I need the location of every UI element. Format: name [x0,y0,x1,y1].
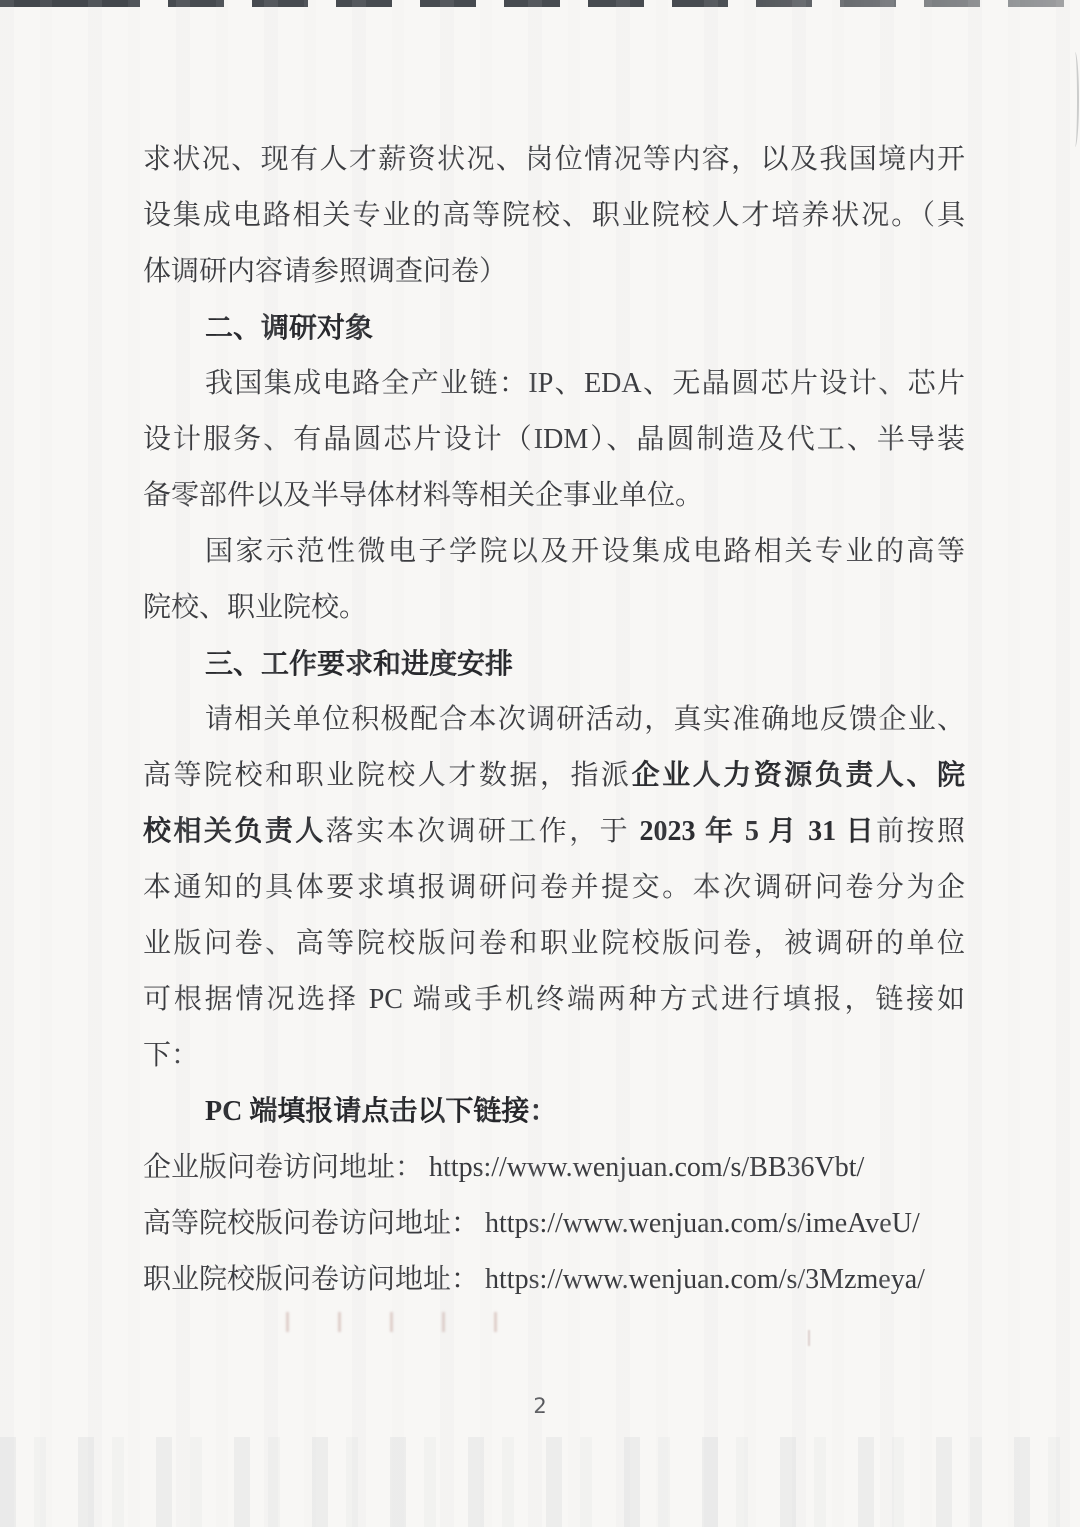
body-line: 院校、职业院校。 [143,580,965,636]
body-line: 体调研内容请参照调查问卷） [143,244,965,300]
link-label: 职业院校版问卷访问地址： [143,1264,479,1295]
body-line: 备零部件以及半导体材料等相关企事业单位。 [143,468,965,524]
section-3-heading: 三、工作要求和进度安排 [143,636,965,692]
link-label: 企业版问卷访问地址： [143,1152,423,1183]
link-line-university: 高等院校版问卷访问地址：https://www.wenjuan.com/s/im… [143,1196,965,1252]
body-line: 本通知的具体要求填报调研问卷并提交。本次调研问卷分为企 [143,860,965,916]
body-line: 高等院校和职业院校人才数据，指派企业人力资源负责人、院 [143,748,965,804]
body-line: 可根据情况选择 PC 端或手机终端两种方式进行填报，链接如 [143,972,965,1028]
body-line: 下： [143,1028,965,1084]
link-label: 高等院校版问卷访问地址： [143,1208,479,1239]
scan-right-edge-artifact [1071,52,1079,147]
body-text: 高等院校和职业院校人才数据，指派 [143,760,632,791]
link-line-enterprise: 企业版问卷访问地址：https://www.wenjuan.com/s/BB36… [143,1140,965,1196]
link-line-vocational: 职业院校版问卷访问地址：https://www.wenjuan.com/s/3M… [143,1252,965,1308]
links-heading: PC 端填报请点击以下链接： [143,1084,965,1140]
bold-text: 企业人力资源负责人、院 [632,760,965,791]
body-line: 设计服务、有晶圆芯片设计（IDM）、晶圆制造及代工、半导装 [143,412,965,468]
body-line: 我国集成电路全产业链：IP、EDA、无晶圆芯片设计、芯片 [143,356,965,412]
body-text: 落实本次调研工作，于 [326,816,640,847]
body-line: 业版问卷、高等院校版问卷和职业院校版问卷，被调研的单位 [143,916,965,972]
document-body: 求状况、现有人才薪资状况、岗位情况等内容，以及我国境内开 设集成电路相关专业的高… [143,132,965,1308]
scan-top-edge-artifact [0,0,1080,7]
bleed-through-artifact [286,1312,516,1332]
deadline-date: 2023 年 5 月 31 日 [640,816,877,847]
bleed-through-artifact [808,1330,810,1346]
body-line: 请相关单位积极配合本次调研活动，真实准确地反馈企业、 [143,692,965,748]
page-number: 2 [0,1394,1080,1418]
body-line: 设集成电路相关专业的高等院校、职业院校人才培养状况。（具 [143,188,965,244]
link-vocational-url: https://www.wenjuan.com/s/3Mzmeya/ [479,1264,925,1295]
body-line: 校相关负责人落实本次调研工作，于 2023 年 5 月 31 日前按照 [143,804,965,860]
link-enterprise-url: https://www.wenjuan.com/s/BB36Vbt/ [423,1152,864,1183]
body-line: 求状况、现有人才薪资状况、岗位情况等内容，以及我国境内开 [143,132,965,188]
scan-banding-artifact [0,1437,1080,1527]
body-line: 国家示范性微电子学院以及开设集成电路相关专业的高等 [143,524,965,580]
body-text: 前按照 [876,816,965,847]
bold-text: 校相关负责人 [143,816,326,847]
scanned-document-page: 求状况、现有人才薪资状况、岗位情况等内容，以及我国境内开 设集成电路相关专业的高… [0,0,1080,1527]
section-2-heading: 二、调研对象 [143,300,965,356]
link-university-url: https://www.wenjuan.com/s/imeAveU/ [479,1208,920,1239]
